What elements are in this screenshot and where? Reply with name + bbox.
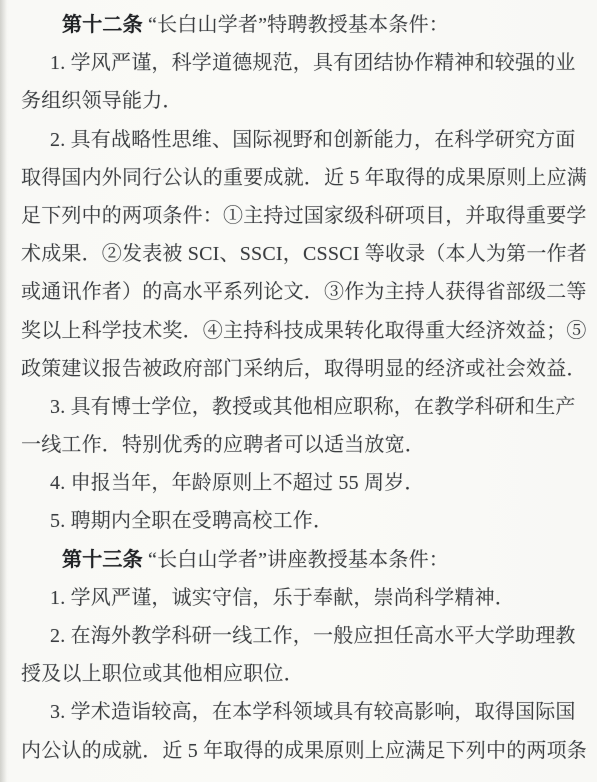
text-line: 1. 学风严谨，诚实守信，乐于奉献，崇尚科学精神． bbox=[21, 579, 579, 617]
text-line: 术成果．②发表被 SCI、SSCI，CSSCI 等收录（本人为第一作者 bbox=[21, 235, 579, 273]
text-line: 务组织领导能力． bbox=[21, 82, 579, 120]
article-heading-line: 第十三条 “长白山学者”讲座教授基本条件： bbox=[21, 541, 579, 579]
text-line: 2. 具有战略性思维、国际视野和创新能力，在科学研究方面 bbox=[21, 121, 579, 159]
text-line: 一线工作．特别优秀的应聘者可以适当放宽． bbox=[21, 426, 579, 464]
document-body: 第十二条 “长白山学者”特聘教授基本条件：1. 学风严谨，科学道德规范，具有团结… bbox=[21, 6, 579, 770]
text-line: 或通讯作者）的高水平系列论文．③作为主持人获得省部级二等 bbox=[21, 273, 579, 311]
text-line: 3. 具有博士学位，教授或其他相应职称，在教学科研和生产 bbox=[21, 388, 579, 426]
text-line: 2. 在海外教学科研一线工作，一般应担任高水平大学助理教 bbox=[21, 617, 579, 655]
scan-edge-shadow bbox=[0, 0, 7, 782]
text-line: 3. 学术造诣较高，在本学科领域具有较高影响，取得国际国 bbox=[21, 693, 579, 731]
article-number: 第十二条 bbox=[62, 14, 143, 36]
text-line: 足下列中的两项条件：①主持过国家级科研项目，并取得重要学 bbox=[21, 197, 579, 235]
text-line: 4. 申报当年，年龄原则上不超过 55 周岁． bbox=[21, 464, 579, 502]
text-line: 授及以上职位或其他相应职位． bbox=[21, 655, 579, 693]
text-line: 1. 学风严谨，科学道德规范，具有团结协作精神和较强的业 bbox=[21, 44, 579, 82]
article-heading-line: 第十二条 “长白山学者”特聘教授基本条件： bbox=[21, 6, 579, 44]
text-line: 奖以上科学技术奖．④主持科技成果转化取得重大经济效益；⑤ bbox=[21, 312, 579, 350]
article-number: 第十三条 bbox=[62, 549, 143, 571]
text-line: 政策建议报告被政府部门采纳后，取得明显的经济或社会效益． bbox=[21, 350, 579, 388]
text-line: 5. 聘期内全职在受聘高校工作． bbox=[21, 502, 579, 540]
document-page: 第十二条 “长白山学者”特聘教授基本条件：1. 学风严谨，科学道德规范，具有团结… bbox=[0, 0, 597, 782]
text-line: 取得国内外同行公认的重要成就．近 5 年取得的成果原则上应满 bbox=[21, 159, 579, 197]
text-line: 内公认的成就．近 5 年取得的成果原则上应满足下列中的两项条 bbox=[21, 732, 579, 770]
